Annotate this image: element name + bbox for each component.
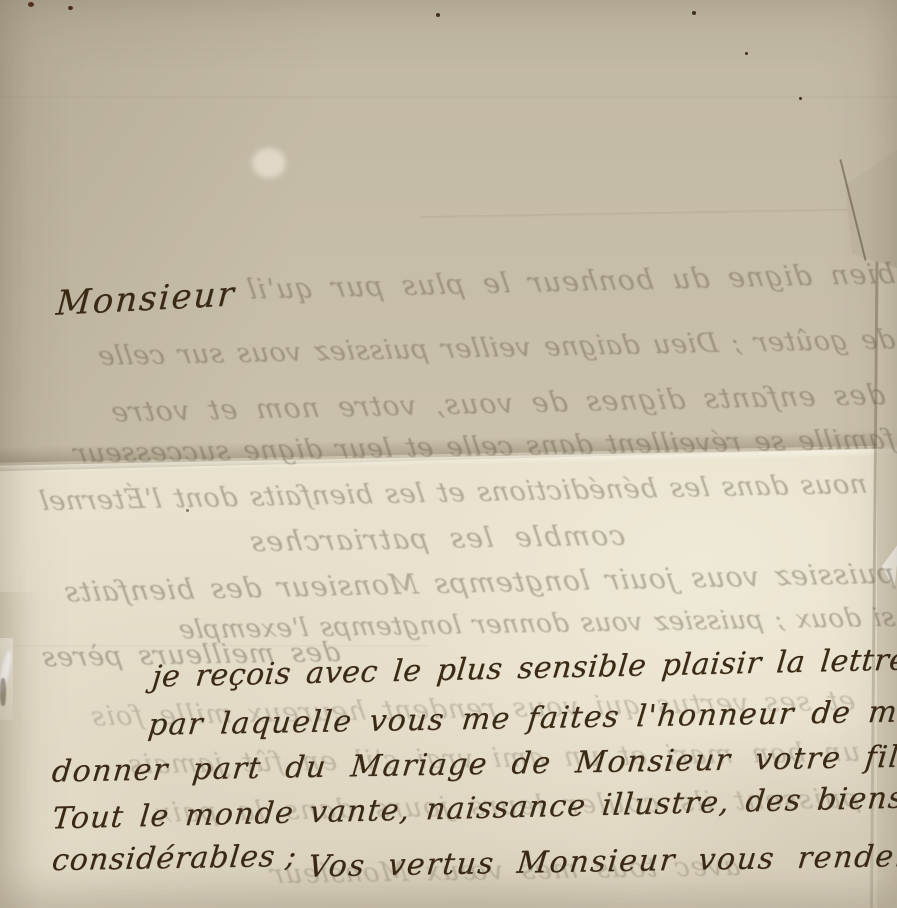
ink-speck: [745, 52, 748, 55]
bleedthrough-line: un bon mari et un ami vrai s'il en fût j…: [38, 739, 862, 780]
ink-speck: [68, 6, 73, 10]
letter-salutation: Monsieur: [55, 277, 237, 321]
bleedthrough-line: famille se réveillent dans celle et leur…: [0, 426, 897, 469]
bleedthrough-line: si doux ; puissiez vous donner longtemps…: [318, 605, 897, 641]
letter-body-line: donner part du Mariage de Monsieur votre…: [50, 742, 897, 787]
fold-crease-shadow: [0, 429, 897, 463]
ink-speck: [799, 97, 802, 100]
ink-speck: [692, 11, 696, 15]
torn-corner-top-right: [845, 150, 897, 268]
letter-body-line: je reçois avec le plus sensible plaisir …: [151, 645, 897, 692]
paper-tear-white-gap: [880, 540, 897, 589]
ink-speck: [28, 2, 34, 7]
ink-speck: [436, 13, 440, 17]
bleedthrough-line: des enfants dignes de vous, votre nom et…: [103, 381, 887, 427]
paper-edge-left-sliver: [0, 638, 13, 720]
letter-body-line: par laquelle vous me faites l'honneur de…: [146, 697, 897, 740]
ink-mark-left-edge: [0, 678, 6, 706]
bleedthrough-line: nous dans les bénédictions et les bienfa…: [0, 471, 869, 516]
fold-crease-highlight: [0, 448, 897, 474]
paper-edge-crease-line: [870, 196, 879, 908]
paper-sheet-lower: [0, 0, 897, 908]
paper-pale-stain: [252, 148, 286, 178]
bleedthrough-line: bien digne du bonheur le plus pur qu'il: [248, 260, 897, 304]
ink-speck: [186, 509, 189, 512]
letter-body-line: Vos vertus Monsieur vous rendent: [306, 842, 897, 883]
letter-photo: bien digne du bonheur le plus pur qu'il …: [0, 0, 897, 908]
tear-line-icon: [839, 159, 866, 260]
bleedthrough-line: des meilleurs pères: [8, 639, 342, 672]
bleedthrough-line: et ses vertus qui vous rendent heureux m…: [53, 688, 857, 732]
fold-crease-faint-top: [0, 96, 897, 99]
bleedthrough-line: comble les patriarches: [143, 522, 627, 558]
letter-body-line: Tout le monde vante, naissance illustre,…: [51, 784, 897, 835]
fold-crease-lower: [0, 645, 430, 647]
bleedthrough-line: puissiez vous jouir longtemps Monsieur d…: [0, 560, 897, 608]
letter-body-line: considérables ;: [50, 842, 298, 876]
bleedthrough-line: de goûter ; Dieu daigne veiller puissiez…: [168, 326, 897, 368]
paper-edge-right: [877, 192, 897, 908]
fold-crease-right: [420, 208, 897, 219]
paper-edge-highlight: [0, 650, 13, 695]
paper-sheet-upper-flap: [0, 0, 897, 908]
bleedthrough-line: avec tous mes vœux Monsieur: [178, 853, 742, 890]
bleedthrough-line: puissent ils couler leurs jours dans la …: [28, 785, 862, 829]
paper-shading-left: [0, 592, 42, 908]
